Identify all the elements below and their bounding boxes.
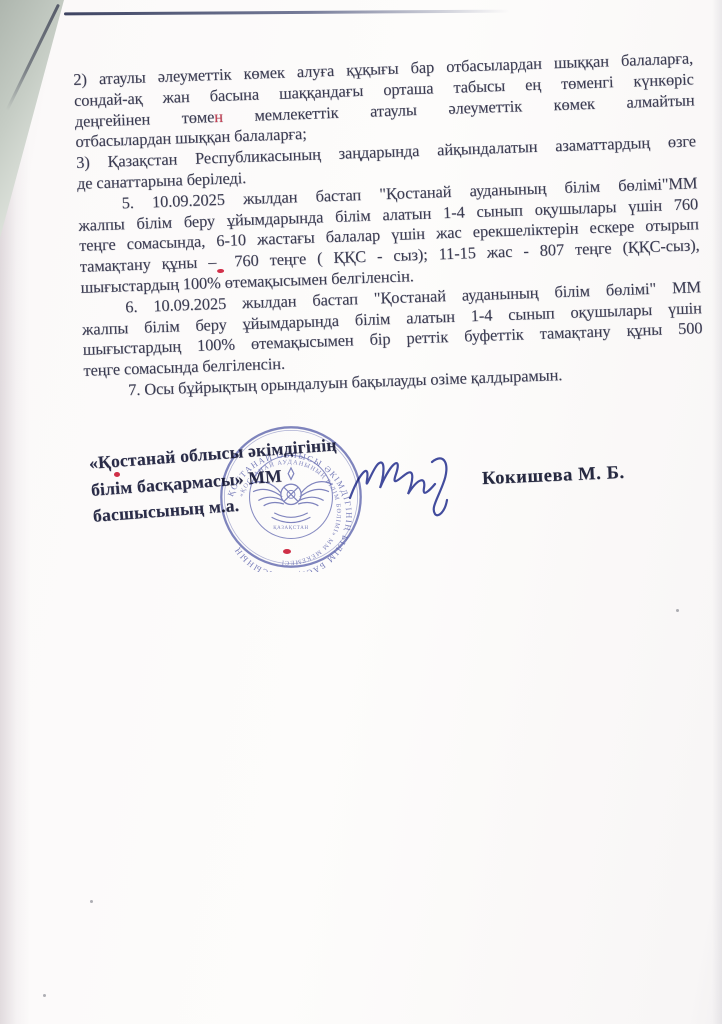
signature-ink: [344, 450, 462, 520]
signature-stroke: [350, 462, 435, 498]
text-segment: деңгейінен төме: [74, 107, 214, 131]
stamp-center-text: ҚАЗАҚСТАН: [273, 526, 309, 531]
scanned-page: 2) атаулы әлеуметтік көмек алуға құқығы …: [0, 0, 722, 1024]
scan-edge-shadow-right: [712, 0, 722, 1024]
stamp-inner-ring-text: «ҚОСТАНАЙ АУДАНЫНЫҢ БІЛІМ БӨЛІМІ» ММ МЕК…: [238, 459, 342, 566]
scan-line-artifact: [64, 10, 510, 15]
text-segment: тамақтану құны –: [80, 252, 217, 276]
scan-speck: [676, 609, 679, 612]
signature-flourish: [432, 458, 447, 515]
signer-name: Кокишева М. Б.: [482, 463, 626, 490]
scan-speck: [90, 900, 93, 903]
stamp-outer-ring-text: ҚОСТАНАЙ ОБЛЫСЫ ӘКІМДІГІНІҢ БІЛІМ БАСҚАР…: [225, 449, 354, 572]
scan-speck: [43, 994, 46, 997]
document-body: 2) атаулы әлеуметтік көмек алуға құқығы …: [73, 48, 704, 402]
corner-fold-artifact: [0, 0, 64, 238]
emblem-left-wing: [250, 482, 284, 506]
